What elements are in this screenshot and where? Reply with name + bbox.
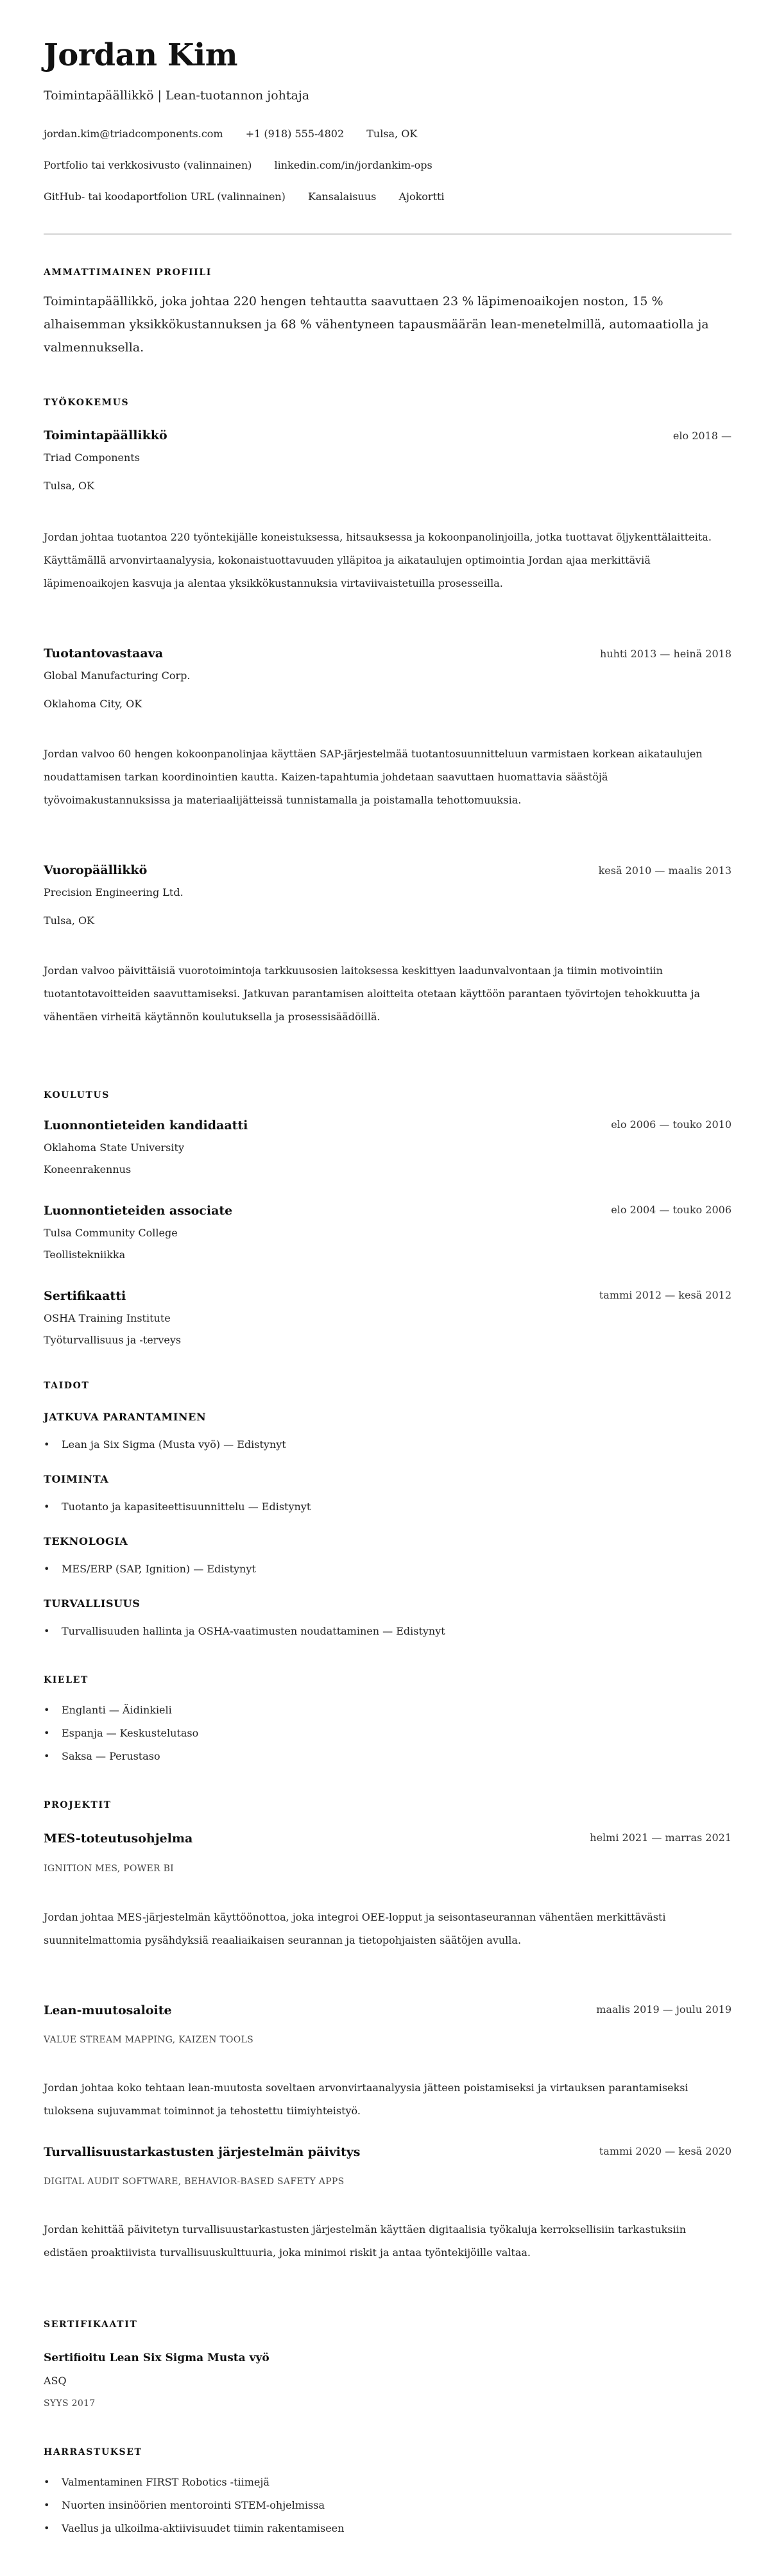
project-date: maalis 2019 — joulu 2019: [596, 2003, 732, 2016]
degree-date: elo 2006 — touko 2010: [611, 1118, 732, 1131]
degree-date: elo 2004 — touko 2006: [611, 1204, 732, 1216]
project-title: Turvallisuustarkastusten järjestelmän pä…: [44, 2145, 360, 2159]
project-description: Jordan johtaa MES-järjestelmän käyttööno…: [44, 1906, 732, 1952]
degree-title: Luonnontieteiden kandidaatti: [44, 1118, 248, 1132]
section-heading-profile: AMMATTIMAINEN PROFIILI: [44, 267, 212, 278]
school-name: Oklahoma State University: [44, 1141, 184, 1154]
project-date: tammi 2020 — kesä 2020: [599, 2145, 732, 2157]
degree-date: tammi 2012 — kesä 2012: [599, 1289, 732, 1301]
project-tech: IGNITION MES, POWER BI: [44, 1864, 174, 1874]
skill-group-title: TEKNOLOGIA: [44, 1535, 128, 1547]
citizenship-text: Kansalaisuus: [308, 190, 376, 203]
skill-group-title: TOIMINTA: [44, 1473, 108, 1485]
job-company: Triad Components: [44, 451, 140, 464]
email-link[interactable]: jordan.kim@triadcomponents.com: [44, 128, 223, 140]
education-item: Luonnontieteiden associate elo 2004 — to…: [44, 1204, 732, 1229]
job-title: Tuotantovastaava: [44, 646, 163, 661]
job-location: Tulsa, OK: [44, 480, 94, 492]
experience-item: Toimintapäällikkö elo 2018 —: [44, 428, 732, 454]
linkedin-link[interactable]: linkedin.com/in/jordankim-ops: [274, 159, 432, 171]
section-heading-education: KOULUTUS: [44, 1090, 110, 1100]
project-title: MES-toteutusohjelma: [44, 1831, 193, 1846]
interest-item: Nuorten insinöörien mentorointi STEM-ohj…: [44, 2499, 325, 2511]
interest-item: Valmentaminen FIRST Robotics -tiimejä: [44, 2476, 269, 2488]
school-name: Tulsa Community College: [44, 1227, 178, 1239]
job-title: Vuoropäällikkö: [44, 863, 147, 877]
language-item: Espanja — Keskustelutaso: [44, 1727, 198, 1739]
education-item: Sertifikaatti tammi 2012 — kesä 2012: [44, 1289, 732, 1315]
header-divider: [44, 233, 732, 235]
certification-date: SYYS 2017: [44, 2398, 95, 2409]
skill-item: Turvallisuuden hallinta ja OSHA-vaatimus…: [44, 1625, 445, 1637]
skill-group-title: TURVALLISUUS: [44, 1597, 140, 1610]
section-heading-languages: KIELET: [44, 1675, 89, 1685]
project-description: Jordan johtaa koko tehtaan lean-muutosta…: [44, 2076, 732, 2123]
section-heading-certifications: SERTIFIKAATIT: [44, 2319, 137, 2330]
skill-group-title: JATKUVA PARANTAMINEN: [44, 1411, 206, 1423]
certification-title: Sertifioitu Lean Six Sigma Musta vyö: [44, 2352, 269, 2364]
drivers-license-text: Ajokortti: [398, 190, 444, 203]
job-company: Precision Engineering Ltd.: [44, 886, 184, 898]
location-text: Tulsa, OK: [366, 128, 417, 140]
section-heading-interests: HARRASTUKSET: [44, 2447, 142, 2457]
interest-item: Vaellus ja ulkoilma-aktiivisuudet tiimin…: [44, 2522, 344, 2534]
section-heading-skills: TAIDOT: [44, 1381, 89, 1391]
job-location: Tulsa, OK: [44, 914, 94, 927]
field-of-study: Teollistekniikka: [44, 1249, 125, 1261]
experience-item: Tuotantovastaava huhti 2013 — heinä 2018: [44, 646, 732, 672]
experience-item: Vuoropäällikkö kesä 2010 — maalis 2013: [44, 863, 732, 889]
job-title: Toimintapäällikkö: [44, 428, 167, 442]
job-date: kesä 2010 — maalis 2013: [599, 864, 732, 877]
contact-row-3: GitHub- tai koodaportfolion URL (valinna…: [44, 190, 464, 203]
job-company: Global Manufacturing Corp.: [44, 669, 190, 682]
field-of-study: Työturvallisuus ja -terveys: [44, 1334, 181, 1346]
contact-row-2: Portfolio tai verkkosivusto (valinnainen…: [44, 159, 452, 171]
job-description: Jordan johtaa tuotantoa 220 työntekijäll…: [44, 526, 732, 595]
github-link[interactable]: GitHub- tai koodaportfolion URL (valinna…: [44, 190, 286, 203]
field-of-study: Koneenrakennus: [44, 1163, 131, 1175]
candidate-title: Toimintapäällikkö | Lean-tuotannon johta…: [44, 88, 309, 103]
certification-issuer: ASQ: [44, 2375, 67, 2387]
phone-text: +1 (918) 555-4802: [246, 128, 344, 140]
profile-summary: Toimintapäällikkö, joka johtaa 220 henge…: [44, 290, 732, 359]
job-description: Jordan valvoo 60 hengen kokoonpanolinjaa…: [44, 743, 732, 812]
language-item: Saksa — Perustaso: [44, 1750, 160, 1762]
education-item: Luonnontieteiden kandidaatti elo 2006 — …: [44, 1118, 732, 1144]
language-item: Englanti — Äidinkieli: [44, 1704, 172, 1716]
project-title: Lean-muutosaloite: [44, 2003, 172, 2017]
degree-title: Luonnontieteiden associate: [44, 1204, 232, 1218]
section-heading-projects: PROJEKTIT: [44, 1800, 112, 1810]
school-name: OSHA Training Institute: [44, 1312, 171, 1324]
job-description: Jordan valvoo päivittäisiä vuorotoiminto…: [44, 959, 732, 1029]
project-tech: DIGITAL AUDIT SOFTWARE, BEHAVIOR-BASED S…: [44, 2176, 345, 2187]
degree-title: Sertifikaatti: [44, 1289, 126, 1303]
project-tech: VALUE STREAM MAPPING, KAIZEN TOOLS: [44, 2035, 253, 2045]
contact-row-1: jordan.kim@triadcomponents.com +1 (918) …: [44, 128, 436, 140]
portfolio-link[interactable]: Portfolio tai verkkosivusto (valinnainen…: [44, 159, 252, 171]
job-date: elo 2018 —: [673, 430, 732, 442]
project-item: Turvallisuustarkastusten järjestelmän pä…: [44, 2145, 732, 2171]
skill-item: Tuotanto ja kapasiteettisuunnittelu — Ed…: [44, 1501, 311, 1513]
job-location: Oklahoma City, OK: [44, 698, 142, 710]
skill-item: MES/ERP (SAP, Ignition) — Edistynyt: [44, 1563, 256, 1575]
skill-item: Lean ja Six Sigma (Musta vyö) — Edistyny…: [44, 1438, 286, 1451]
project-date: helmi 2021 — marras 2021: [590, 1831, 732, 1844]
job-date: huhti 2013 — heinä 2018: [600, 648, 732, 660]
project-item: Lean-muutosaloite maalis 2019 — joulu 20…: [44, 2003, 732, 2029]
section-heading-experience: TYÖKOKEMUS: [44, 398, 129, 408]
project-description: Jordan kehittää päivitetyn turvallisuust…: [44, 2218, 732, 2264]
project-item: MES-toteutusohjelma helmi 2021 — marras …: [44, 1831, 732, 1857]
candidate-name: Jordan Kim: [44, 37, 237, 73]
